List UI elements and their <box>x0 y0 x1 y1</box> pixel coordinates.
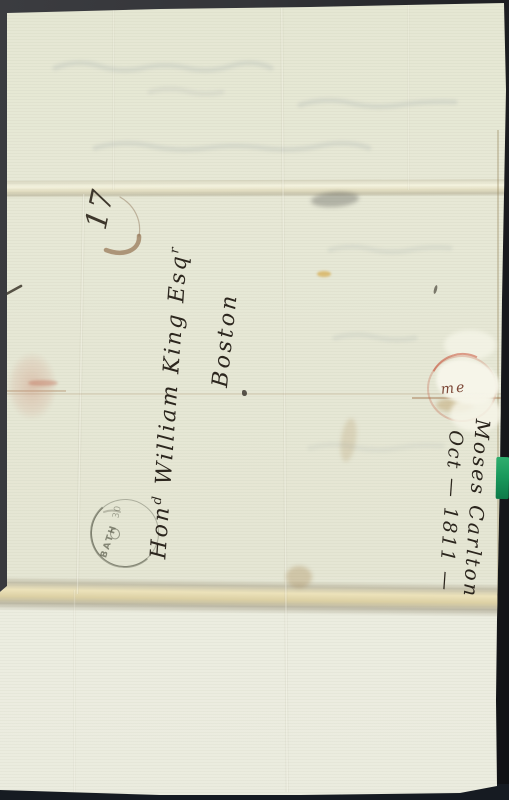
ink-speck <box>242 390 247 396</box>
address-line-2: Boston <box>208 292 243 389</box>
green-label-fragment <box>496 457 509 499</box>
address-line-1: Hond William King Esqr <box>146 244 193 559</box>
address-honorific: Hon <box>146 504 175 560</box>
wax-seal-remnant <box>0 342 64 430</box>
ink-speck-small <box>433 285 438 294</box>
orange-stain-fleck <box>317 271 331 277</box>
vertical-crease-top-right <box>407 4 410 190</box>
address-recipient-name: William King Esq <box>151 253 193 495</box>
vertical-fold-crease-left-lower <box>73 590 76 792</box>
postal-rate-mark: 17 <box>79 186 122 233</box>
brown-stain <box>286 566 312 588</box>
vertical-crease-top-left <box>112 6 115 190</box>
brown-streak-stain <box>338 417 359 463</box>
horizontal-fold-edge-upper <box>6 179 506 198</box>
red-ink-annotation: me <box>440 379 467 398</box>
address-esquire-superscript: r <box>167 244 183 254</box>
address-honorific-superscript: d <box>150 493 166 505</box>
letter-cover-sheet: BATH 30 17 Hond William King Esqr Boston… <box>0 0 509 800</box>
wax-seal-speckle <box>28 380 58 386</box>
scan-background: BATH 30 17 Hond William King Esqr Boston… <box>0 0 509 800</box>
vertical-fold-crease-center <box>280 8 288 792</box>
